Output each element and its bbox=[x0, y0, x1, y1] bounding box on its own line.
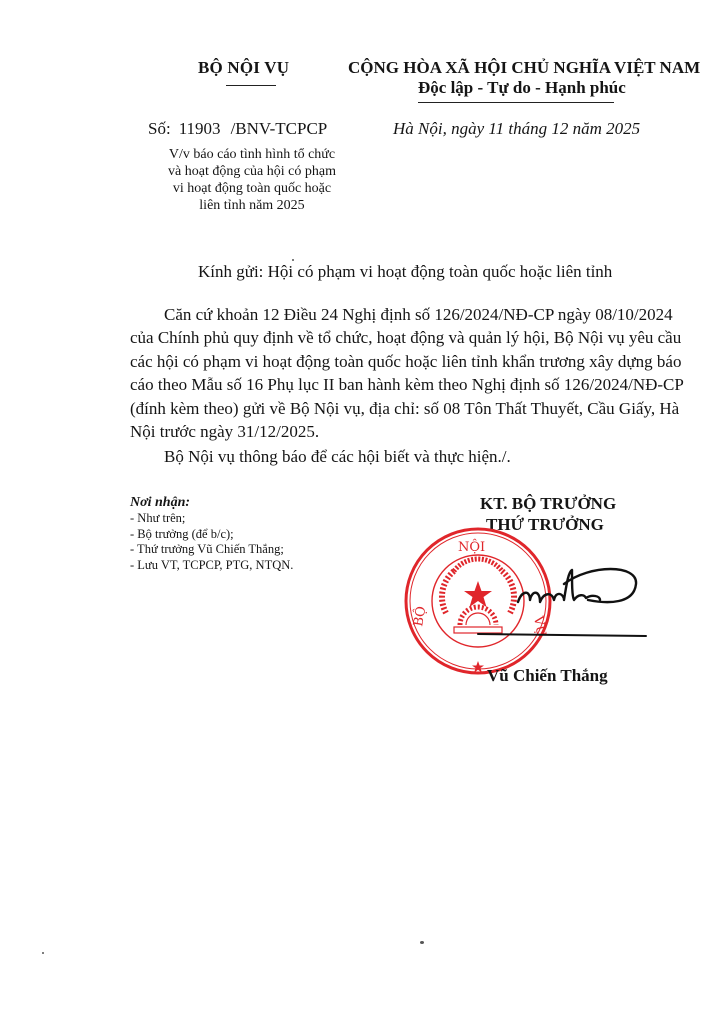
document-number: Số:11903/BNV-TCPCP bbox=[148, 119, 327, 139]
scan-speck bbox=[42, 952, 44, 954]
signature-title-primary: KT. BỘ TRƯỞNG bbox=[480, 494, 616, 514]
document-number-value: 11903 bbox=[179, 119, 221, 138]
distribution-title: Nơi nhận: bbox=[130, 494, 293, 511]
distribution-list: Nơi nhận: - Như trên; - Bộ trưởng (để b/… bbox=[130, 494, 293, 573]
distribution-item: - Như trên; bbox=[130, 511, 293, 527]
national-title: CỘNG HÒA XÃ HỘI CHỦ NGHĨA VIỆT NAM bbox=[348, 58, 700, 78]
distribution-item: - Lưu VT, TCPCP, PTG, NTQN. bbox=[130, 558, 293, 574]
body-line: của Chính phủ quy định về tổ chức, hoạt … bbox=[130, 326, 708, 349]
distribution-item: - Thứ trưởng Vũ Chiến Thắng; bbox=[130, 542, 293, 558]
subject-line: liên tỉnh năm 2025 bbox=[130, 197, 374, 214]
place-and-date: Hà Nội, ngày 11 tháng 12 năm 2025 bbox=[393, 119, 640, 139]
handwritten-signature-icon bbox=[460, 560, 650, 640]
body-line: các hội có phạm vi hoạt động toàn quốc h… bbox=[130, 350, 708, 373]
scan-speck bbox=[420, 941, 424, 944]
document-page: { "header": { "agency": "BỘ NỘI VỤ", "na… bbox=[0, 0, 724, 1024]
motto-underline bbox=[418, 102, 614, 103]
recipient-line: Kính gửi: Hội có phạm vi hoạt động toàn … bbox=[198, 262, 612, 282]
closing-sentence: Bộ Nội vụ thông báo để các hội biết và t… bbox=[164, 447, 511, 467]
subject-line: và hoạt động của hội có phạm bbox=[130, 163, 374, 180]
body-line: cáo theo Mẫu số 16 Phụ lục II ban hành k… bbox=[130, 373, 708, 396]
body-line: Căn cứ khoản 12 Điều 24 Nghị định số 126… bbox=[130, 303, 708, 326]
subject-summary: V/v báo cáo tình hình tổ chức và hoạt độ… bbox=[130, 146, 374, 214]
subject-line: V/v báo cáo tình hình tổ chức bbox=[130, 146, 374, 163]
distribution-item: - Bộ trưởng (để b/c); bbox=[130, 527, 293, 543]
body-line: (đính kèm theo) gửi về Bộ Nội vụ, địa ch… bbox=[130, 397, 708, 420]
national-motto: Độc lập - Tự do - Hạnh phúc bbox=[418, 78, 626, 98]
seal-text-top: NỘI bbox=[458, 539, 485, 555]
seal-text-left: BỘ bbox=[410, 605, 429, 628]
issuing-agency: BỘ NỘI VỤ bbox=[198, 58, 289, 78]
body-line: Nội trước ngày 31/12/2025. bbox=[130, 420, 708, 443]
document-number-label: Số: bbox=[148, 119, 171, 138]
document-number-suffix: /BNV-TCPCP bbox=[231, 119, 328, 138]
scan-speck bbox=[292, 259, 294, 261]
agency-underline bbox=[226, 85, 276, 86]
body-paragraph: Căn cứ khoản 12 Điều 24 Nghị định số 126… bbox=[130, 303, 708, 443]
signer-name: Vũ Chiến Thắng bbox=[487, 666, 608, 686]
subject-line: vi hoạt động toàn quốc hoặc bbox=[130, 180, 374, 197]
